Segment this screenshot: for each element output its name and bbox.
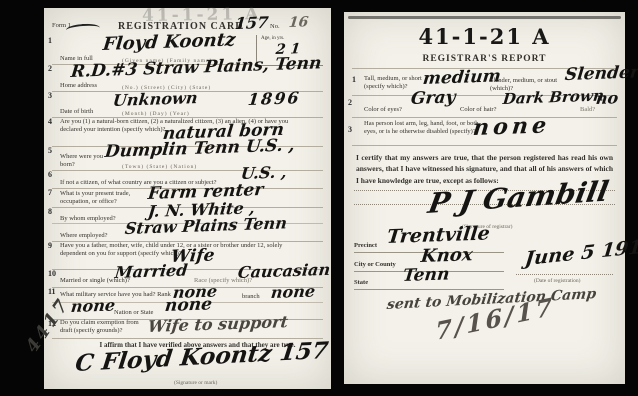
field-label-nation: Nation or State xyxy=(114,309,153,317)
field-answer-build: Slender xyxy=(564,64,638,84)
city-county-value: Knox xyxy=(420,246,474,266)
no-value-handwritten: 16 xyxy=(288,15,309,30)
field-label-hair: Color of hair? xyxy=(460,106,496,114)
field-answer: Wife to support xyxy=(147,314,289,335)
field-answer-year: 1896 xyxy=(247,90,301,108)
field-number: 11 xyxy=(48,287,56,296)
field-number: 5 xyxy=(48,146,52,155)
field-label-disability: Has person lost arm, leg, hand, foot, or… xyxy=(364,120,484,136)
field-number: 2 xyxy=(48,64,52,73)
top-smudge xyxy=(348,16,621,19)
field-number: 1 xyxy=(352,75,356,84)
field-answer-disability: none xyxy=(472,114,551,139)
field-answer: Floyd Koontz xyxy=(102,31,236,54)
field-number: 3 xyxy=(348,125,352,134)
registrars-report-card: 41-1-21 A REGISTRAR'S REPORT 1 Tall, med… xyxy=(344,12,625,384)
field-number: 9 xyxy=(48,241,52,250)
state-value: Tenn xyxy=(402,266,450,285)
field-number: 4 xyxy=(48,117,52,126)
classification-stamp: 41-1-21 A xyxy=(344,24,625,49)
field-answer-nation: none xyxy=(164,296,213,315)
state-line: State Tenn xyxy=(354,273,504,290)
field-answer-bald: no xyxy=(595,90,619,107)
city-county-label: City or County xyxy=(354,261,396,269)
registration-date: June 5 1917 xyxy=(524,237,638,269)
field-answer-race: Caucasian xyxy=(237,262,331,281)
field-answer-branch: none xyxy=(270,283,316,301)
precinct-value: Trentville xyxy=(386,224,491,247)
field-answer-hair: Dark Brown xyxy=(502,88,605,107)
report-row-disability: 3 Has person lost arm, leg, hand, foot, … xyxy=(352,117,617,146)
field-label: Date of birth xyxy=(60,108,93,116)
field-row-birthdate: 3 Date of birth Unknown 1896 (Month) (Da… xyxy=(52,91,323,118)
serial-number-handwritten: 157 xyxy=(234,15,269,32)
field-row-employer: 8 By whom employed? J. N. White , Where … xyxy=(52,207,323,242)
date-line xyxy=(516,274,613,275)
field-label: Where were you born? xyxy=(60,153,108,169)
field-number: 6 xyxy=(48,170,52,179)
field-label-where: Where employed? xyxy=(60,232,107,240)
signature-sublabel: (Signature or mark) xyxy=(174,380,217,387)
field-number: 2 xyxy=(348,98,352,107)
registration-card: 41-1-21 A Form 1 REGISTRATION CARD 157 N… xyxy=(44,8,331,389)
field-label-by-whom: By whom employed? xyxy=(60,215,116,223)
registration-date-sublabel: (Date of registration) xyxy=(534,278,580,285)
field-number: 7 xyxy=(48,188,52,197)
state-label: State xyxy=(354,279,368,287)
field-label: Home address xyxy=(60,82,97,90)
field-answer-married: Married xyxy=(114,262,188,281)
field-number: 3 xyxy=(48,91,52,100)
field-label-branch: branch xyxy=(242,293,260,301)
field-answer-where: Straw Plains Tenn xyxy=(124,215,288,237)
field-label: Do you claim exemption from draft (speci… xyxy=(60,319,150,335)
field-number: 1 xyxy=(48,36,52,45)
field-answer-years: none xyxy=(70,297,116,315)
field-label: What is your present trade, occupation, … xyxy=(60,190,150,206)
field-number: 8 xyxy=(48,207,52,216)
field-answer-month: Unknown xyxy=(112,90,198,109)
field-answer-eyes: Gray xyxy=(410,89,456,108)
field-label-eyes: Color of eyes? xyxy=(364,106,402,114)
precinct-label: Precinct xyxy=(354,242,377,250)
field-row-exemption: 12 Do you claim exemption from draft (sp… xyxy=(52,319,323,339)
field-label-bald: Bald? xyxy=(580,106,595,114)
field-answer: Dumplin Tenn U.S. , xyxy=(104,137,296,161)
no-label: No. xyxy=(270,23,280,31)
field-number: 10 xyxy=(48,269,56,278)
